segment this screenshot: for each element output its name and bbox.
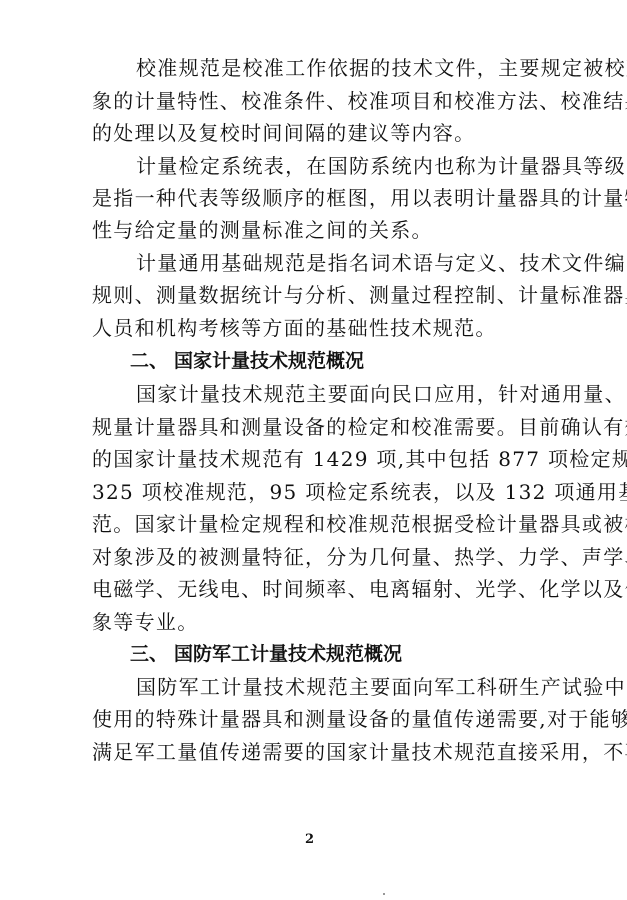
paragraph-2-line-1: 计量检定系统表，在国防系统内也称为计量器具等级图， xyxy=(136,151,534,181)
section-3-line-1: 国防军工计量技术规范主要面向军工科研生产试验中 xyxy=(136,672,534,702)
paragraph-3-line-2: 规则、测量数据统计与分析、测量过程控制、计量标准器具、 xyxy=(92,280,534,310)
scan-speck xyxy=(383,893,385,895)
section-2-line-1: 国家计量技术规范主要面向民口应用，针对通用量、常 xyxy=(136,379,534,409)
page-number: 2 xyxy=(305,832,314,847)
paragraph-1-line-3: 的处理以及复校时间间隔的建议等内容。 xyxy=(92,118,534,148)
section-2-line-3: 的国家计量技术规范有 1429 项,其中包括 877 项检定规程， xyxy=(92,444,534,474)
paragraph-3-line-3: 人员和机构考核等方面的基础性技术规范。 xyxy=(92,313,534,343)
section-3-line-3: 满足军工量值传递需要的国家计量技术规范直接采用，不再 xyxy=(92,737,534,767)
section-2-line-7: 电磁学、无线电、时间频率、电离辐射、光学、化学以及气 xyxy=(92,574,534,604)
paragraph-1-line-1: 校准规范是校准工作依据的技术文件，主要规定被校对 xyxy=(136,53,534,83)
section-2-number: 二、 xyxy=(130,346,174,376)
section-2-heading: 二、国家计量技术规范概况 xyxy=(130,346,364,376)
section-2-line-5: 范。国家计量检定规程和校准规范根据受检计量器具或被校 xyxy=(92,509,534,539)
paragraph-1-line-2: 象的计量特性、校准条件、校准项目和校准方法、校准结果 xyxy=(92,86,534,116)
section-3-line-2: 使用的特殊计量器具和测量设备的量值传递需要,对于能够 xyxy=(92,704,534,734)
section-3-number: 三、 xyxy=(130,639,174,669)
section-2-line-4: 325 项校准规范，95 项检定系统表，以及 132 项通用基础规 xyxy=(92,477,534,507)
section-2-title: 国家计量技术规范概况 xyxy=(174,350,364,372)
section-3-title: 国防军工计量技术规范概况 xyxy=(174,643,402,665)
paragraph-2-line-2: 是指一种代表等级顺序的框图，用以表明计量器具的计量特 xyxy=(92,183,534,213)
section-2-line-2: 规量计量器具和测量设备的检定和校准需要。目前确认有效 xyxy=(92,412,534,442)
section-2-line-6: 对象涉及的被测量特征，分为几何量、热学、力学、声学、 xyxy=(92,542,534,572)
paragraph-3-line-1: 计量通用基础规范是指名词术语与定义、技术文件编写 xyxy=(136,248,534,278)
section-2-line-8: 象等专业。 xyxy=(92,607,534,637)
paragraph-2-line-3: 性与给定量的测量标准之间的关系。 xyxy=(92,215,534,245)
section-3-heading: 三、国防军工计量技术规范概况 xyxy=(130,639,402,669)
document-page: 校准规范是校准工作依据的技术文件，主要规定被校对 象的计量特性、校准条件、校准项… xyxy=(0,0,627,900)
